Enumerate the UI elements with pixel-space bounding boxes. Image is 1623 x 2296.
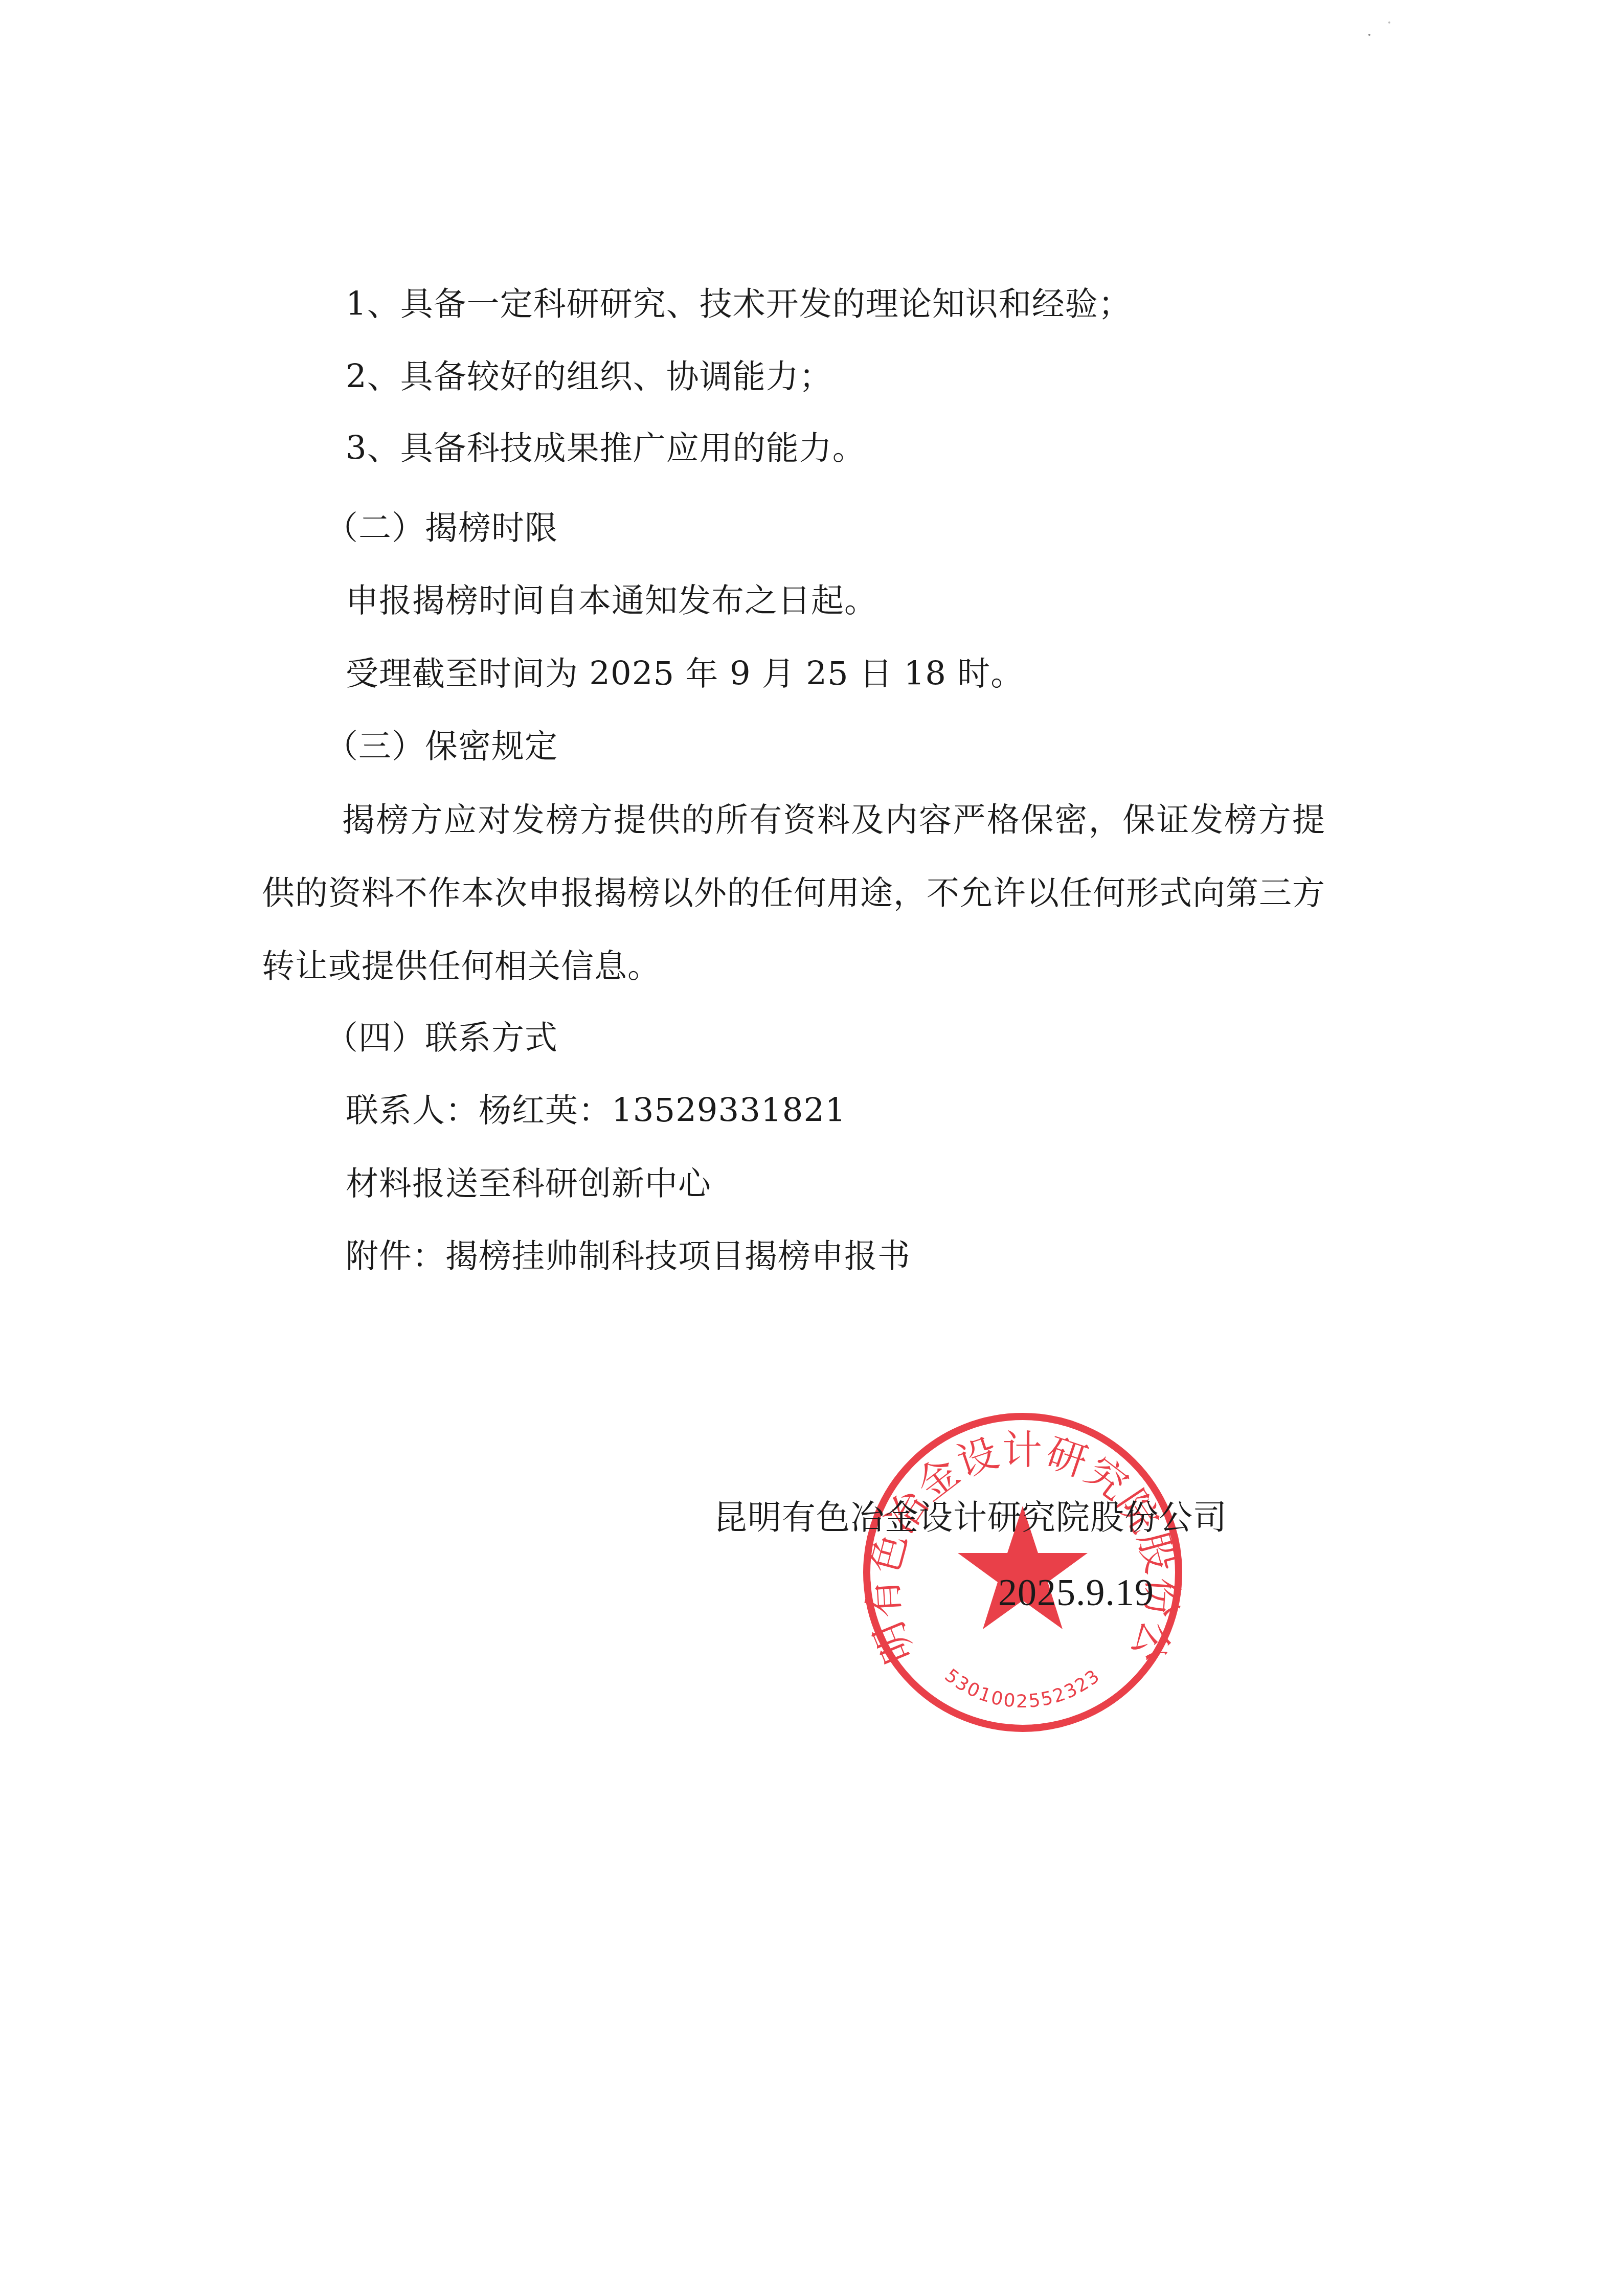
scan-speck: [1368, 34, 1370, 36]
seal-code-text: 5301002552323: [941, 1665, 1104, 1712]
attachment-line: 附件：揭榜挂帅制科技项目揭榜申报书: [346, 1236, 911, 1277]
requirement-item: 3、具备科技成果推广应用的能力。: [346, 428, 866, 469]
contact-person: 联系人：杨红英：13529331821: [346, 1090, 846, 1131]
deadline-end-text: 受理截至时间为 2025 年 9 月 25 日 18 时。: [346, 654, 1024, 694]
deadline-start-text: 申报揭榜时间自本通知发布之日起。: [346, 580, 877, 621]
section-heading-confidentiality: （三）保密规定: [325, 726, 558, 767]
requirement-item: 1、具备一定科研研究、技术开发的理论知识和经验；: [346, 284, 1132, 325]
submit-to: 材料报送至科研创新中心: [346, 1163, 711, 1204]
scan-speck: [1388, 21, 1390, 24]
signature-date: 2025.9.19: [998, 1572, 1154, 1613]
section-heading-deadline: （二）揭榜时限: [325, 508, 558, 549]
signature-organization: 昆明有色冶金设计研究院股份公司: [713, 1497, 1227, 1538]
confidentiality-paragraph: 揭榜方应对发榜方提供的所有资料及内容严格保密，保证发榜方提供的资料不作本次申报揭…: [262, 784, 1325, 1003]
requirement-item: 2、具备较好的组织、协调能力；: [346, 356, 832, 397]
section-heading-contact: （四）联系方式: [325, 1018, 558, 1059]
document-page: 1、具备一定科研研究、技术开发的理论知识和经验； 2、具备较好的组织、协调能力；…: [0, 0, 1623, 2296]
